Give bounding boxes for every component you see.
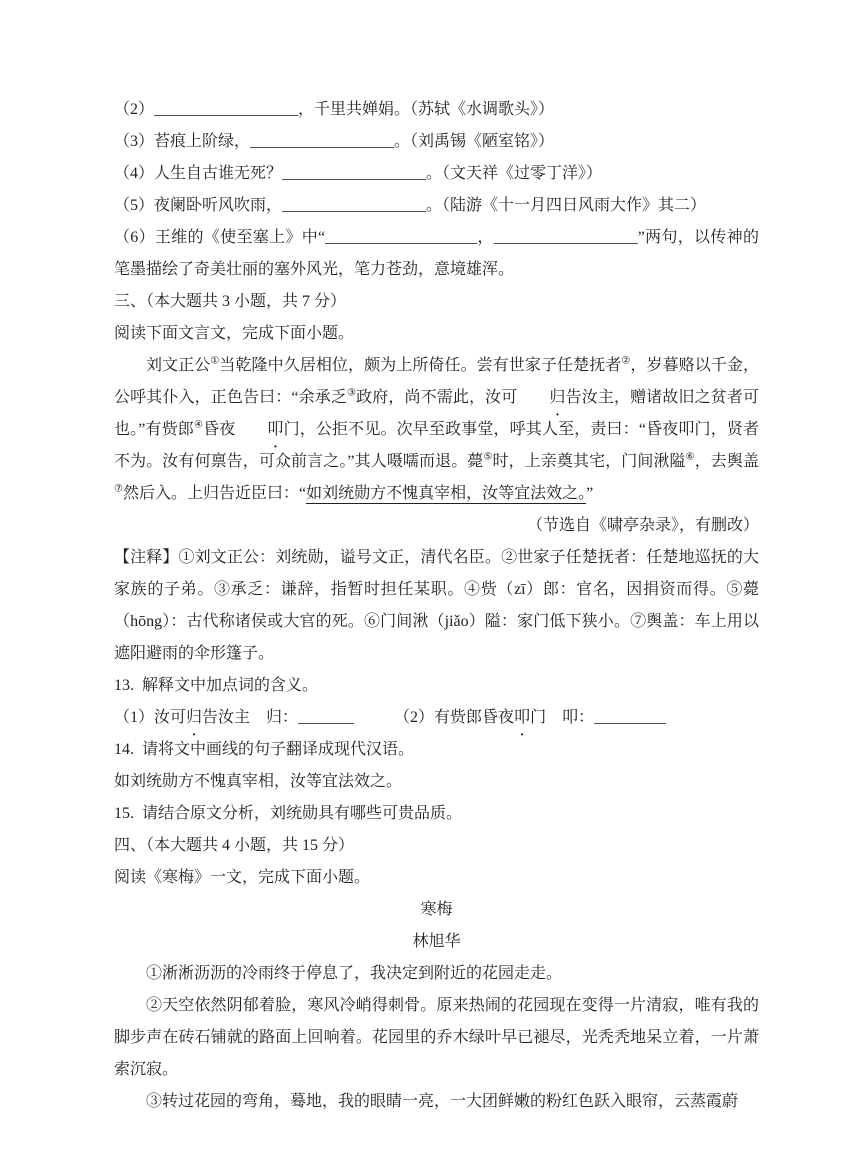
question-13-subparts: （1）汝可归告汝主 归：_______ （2）有赀郎昏夜叩门 叩：_______…	[114, 702, 759, 734]
text-segment: 当乾隆中久居相位，颇为上所倚任。尝有世家子任楚抚者	[219, 357, 621, 374]
fill-in-line: （4）人生自古谁无死？__________________。（文天祥《过零丁洋》…	[114, 158, 759, 190]
text-segment: ，去舆盖	[695, 453, 759, 470]
section-classical-reading: 三、（本大题共 3 小题，共 7 分） 阅读下面文言文，完成下面小题。 刘文正公…	[114, 286, 759, 830]
essay-paragraph: ①淅淅沥沥的冷雨终于停息了，我决定到附近的花园走走。	[114, 958, 759, 990]
classical-intro: 阅读下面文言文，完成下面小题。	[114, 318, 759, 350]
exam-document-page: （2）__________________，千里共婵娟。（苏轼《水调歌头》）（3…	[0, 0, 861, 1168]
text-segment: ”	[586, 485, 593, 502]
passage-notes: 【注释】①刘文正公：刘统勋，谥号文正，清代名臣。②世家子任楚抚者：任楚地巡抚的大…	[114, 542, 759, 670]
question-14: 14. 请将文中画线的句子翻译成现代汉语。	[114, 734, 759, 766]
essay-author: 林旭华	[114, 926, 759, 958]
fill-in-line: （5）夜阑卧听风吹雨，__________________。（陆游《十一月四日风…	[114, 190, 759, 222]
essay-paragraph: ③转过花园的弯角，蓦地，我的眼睛一亮，一大团鲜嫩的粉红色跃入眼帘，云蒸霞蔚	[114, 1086, 759, 1118]
text-segment: （1）汝可	[114, 709, 186, 726]
essay-title: 寒梅	[114, 894, 759, 926]
fill-in-lines: （2）__________________，千里共婵娟。（苏轼《水调歌头》）（3…	[114, 94, 759, 286]
dotted-emphasis-char: 归	[186, 702, 202, 734]
fill-in-line: （3）苔痕上阶绿，__________________。（刘禹锡《陋室铭》）	[114, 126, 759, 158]
fill-in-line: （2）__________________，千里共婵娟。（苏轼《水调歌头》）	[114, 94, 759, 126]
question-15: 15. 请结合原文分析，刘统勋具有哪些可贵品质。	[114, 798, 759, 830]
classical-passage: 刘文正公①当乾隆中久居相位，颇为上所倚任。尝有世家子任楚抚者②，岁暮赂以千金，公…	[114, 350, 759, 510]
essay-paragraph: ②天空依然阴郁着脸，寒风冷峭得刺骨。原来热闹的花园现在变得一片清寂，唯有我的脚步…	[114, 990, 759, 1086]
text-segment: 门 叩：	[530, 709, 594, 726]
text-segment: _________	[594, 709, 666, 726]
text-segment: 刘文正公	[146, 357, 210, 374]
text-segment: 时，上亲奠其宅，门间湫隘	[492, 453, 685, 470]
text-segment: （2）有赀郎昏夜	[354, 709, 514, 726]
modern-intro: 阅读《寒梅》一文，完成下面小题。	[114, 862, 759, 894]
section-fill-in-blanks: （2）__________________，千里共婵娟。（苏轼《水调歌头》）（3…	[114, 94, 759, 286]
essay-paragraphs: ①淅淅沥沥的冷雨终于停息了，我决定到附近的花园走走。②天空依然阴郁着脸，寒风冷峭…	[114, 958, 759, 1118]
text-segment: 昏夜	[203, 421, 235, 438]
passage-source: （节选自《啸亭杂录》，有删改）	[114, 510, 759, 542]
dotted-emphasis-char: 叩	[514, 702, 530, 734]
section-three-header: 三、（本大题共 3 小题，共 7 分）	[114, 286, 759, 318]
section-four-header: 四、（本大题共 4 小题，共 15 分）	[114, 830, 759, 862]
question-14-sentence: 如刘统勋方不愧真宰相，汝等宜法效之。	[114, 766, 759, 798]
dotted-emphasis-char: 归	[517, 382, 565, 414]
section-modern-reading: 四、（本大题共 4 小题，共 15 分） 阅读《寒梅》一文，完成下面小题。 寒梅…	[114, 830, 759, 1118]
text-segment: 政府，尚不需此，汝可	[356, 389, 517, 406]
page-content: （2）__________________，千里共婵娟。（苏轼《水调歌头》）（3…	[0, 0, 861, 1118]
text-segment: 然后入。上归告近臣曰：“	[123, 485, 306, 502]
text-segment: 告汝主 归：	[202, 709, 298, 726]
note-reference-number: ⑦	[114, 484, 123, 495]
note-reference-number: ③	[347, 388, 356, 399]
fill-in-line: （6）王维的《使至塞上》中“___________________，______…	[114, 222, 759, 286]
note-reference-number: ④	[194, 420, 203, 431]
text-segment: _______	[298, 709, 354, 726]
underlined-sentence: 如刘统勋方不愧真宰相，汝等宜法效之。	[306, 485, 586, 504]
question-13: 13. 解释文中加点词的含义。	[114, 670, 759, 702]
dotted-emphasis-char: 叩	[235, 414, 283, 446]
note-reference-number: ⑥	[686, 452, 695, 463]
